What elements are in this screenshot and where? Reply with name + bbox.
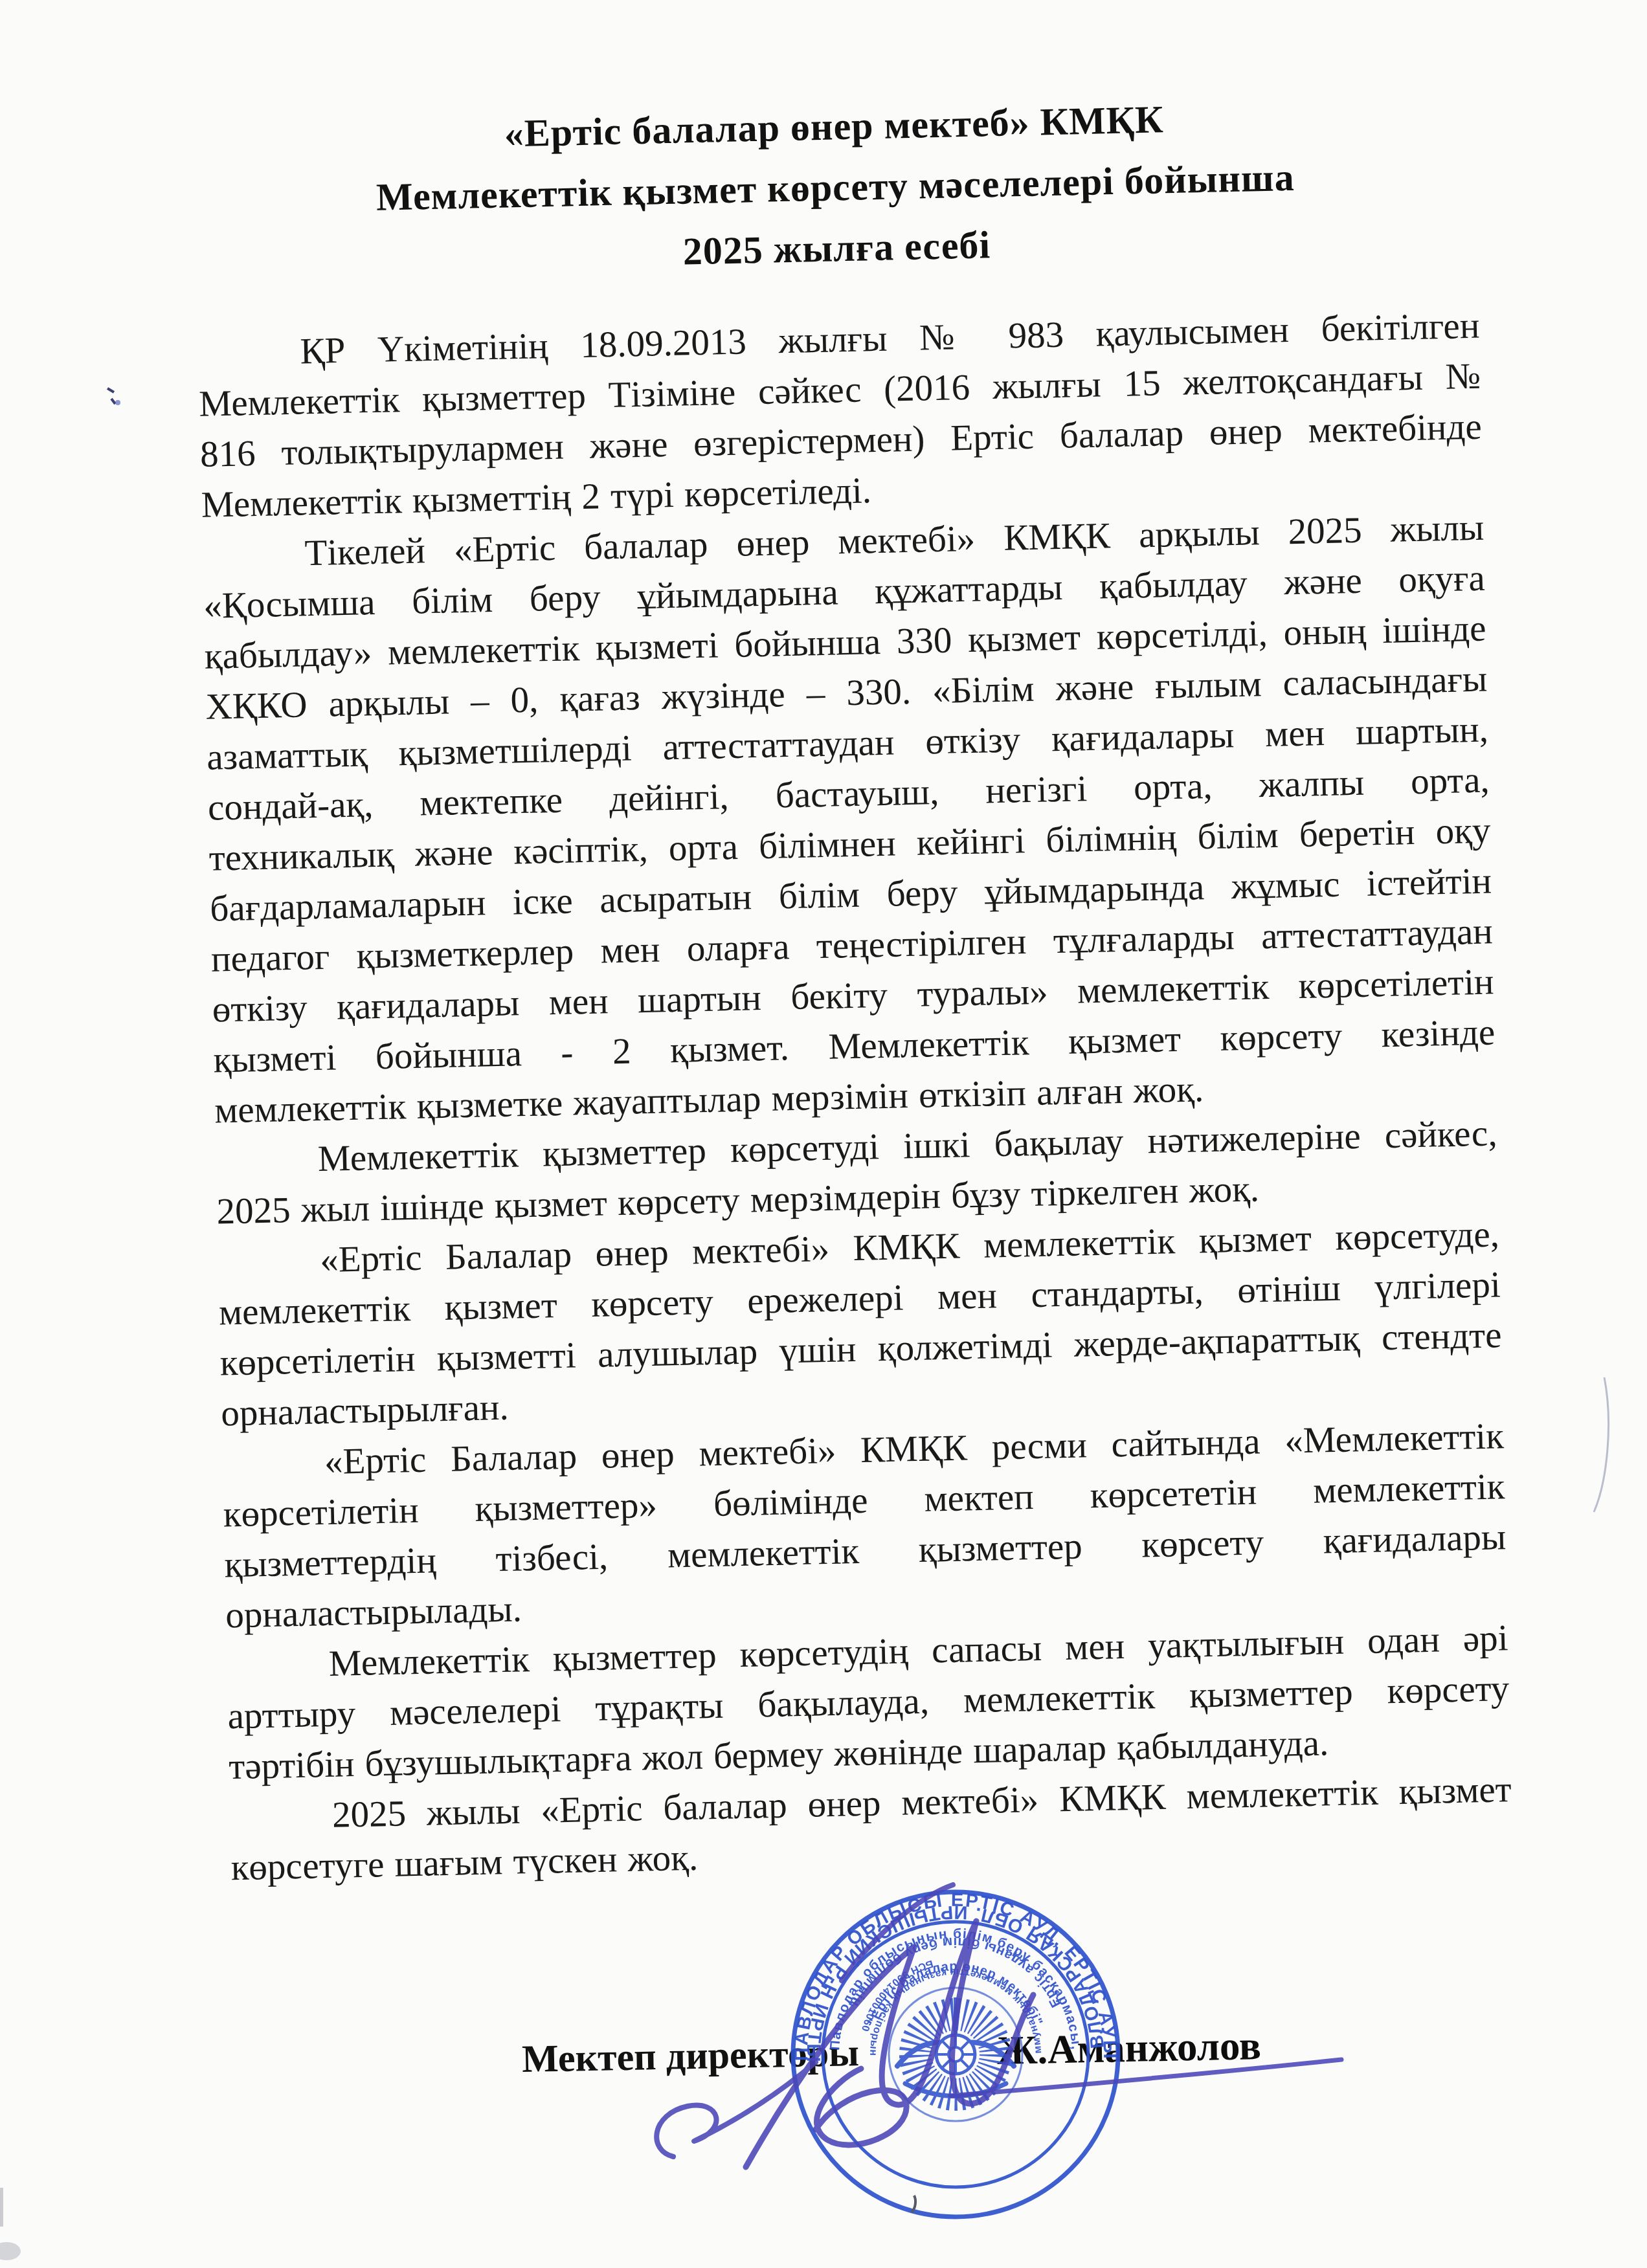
edge-shadow: [0, 2188, 3, 2227]
document-title: «Ертіс балалар өнер мектеб» КМҚК Мемлеке…: [193, 82, 1479, 293]
paragraph: ҚР Үкіметінің 18.09.2013 жылғы № 983 қау…: [197, 301, 1483, 531]
margin-pen-mark: [1594, 1377, 1609, 1512]
document-body: ҚР Үкіметінің 18.09.2013 жылғы № 983 қау…: [197, 301, 1513, 1894]
paragraph: Мемлекеттік қызметтер көрсетудің сапасы …: [226, 1613, 1511, 1792]
corner-smudge: [0, 2242, 21, 2260]
paragraph: «Ертіс Балалар өнер мектебі» КМҚК ресми …: [221, 1411, 1507, 1641]
ink-speck: [115, 400, 120, 405]
official-stamp: ҚР ПАВЛОДАР ОБЛЫСЫ ЕРТІС АУД, ЕРТІС АУЫЛ…: [789, 1887, 1123, 2221]
stamp-emblem: [897, 1997, 1014, 2096]
document-text-block: «Ертіс балалар өнер мектеб» КМҚК Мемлеке…: [193, 82, 1514, 1894]
paragraph: «Ертіс Балалар өнер мектебі» КМҚК мемлек…: [218, 1209, 1503, 1439]
paragraph: Тікелей «Ертіс балалар өнер мектебі» КМҚ…: [202, 503, 1497, 1137]
ink-speck: [107, 388, 115, 404]
scanned-document-page: «Ертіс балалар өнер мектеб» КМҚК Мемлеке…: [0, 0, 1647, 2268]
